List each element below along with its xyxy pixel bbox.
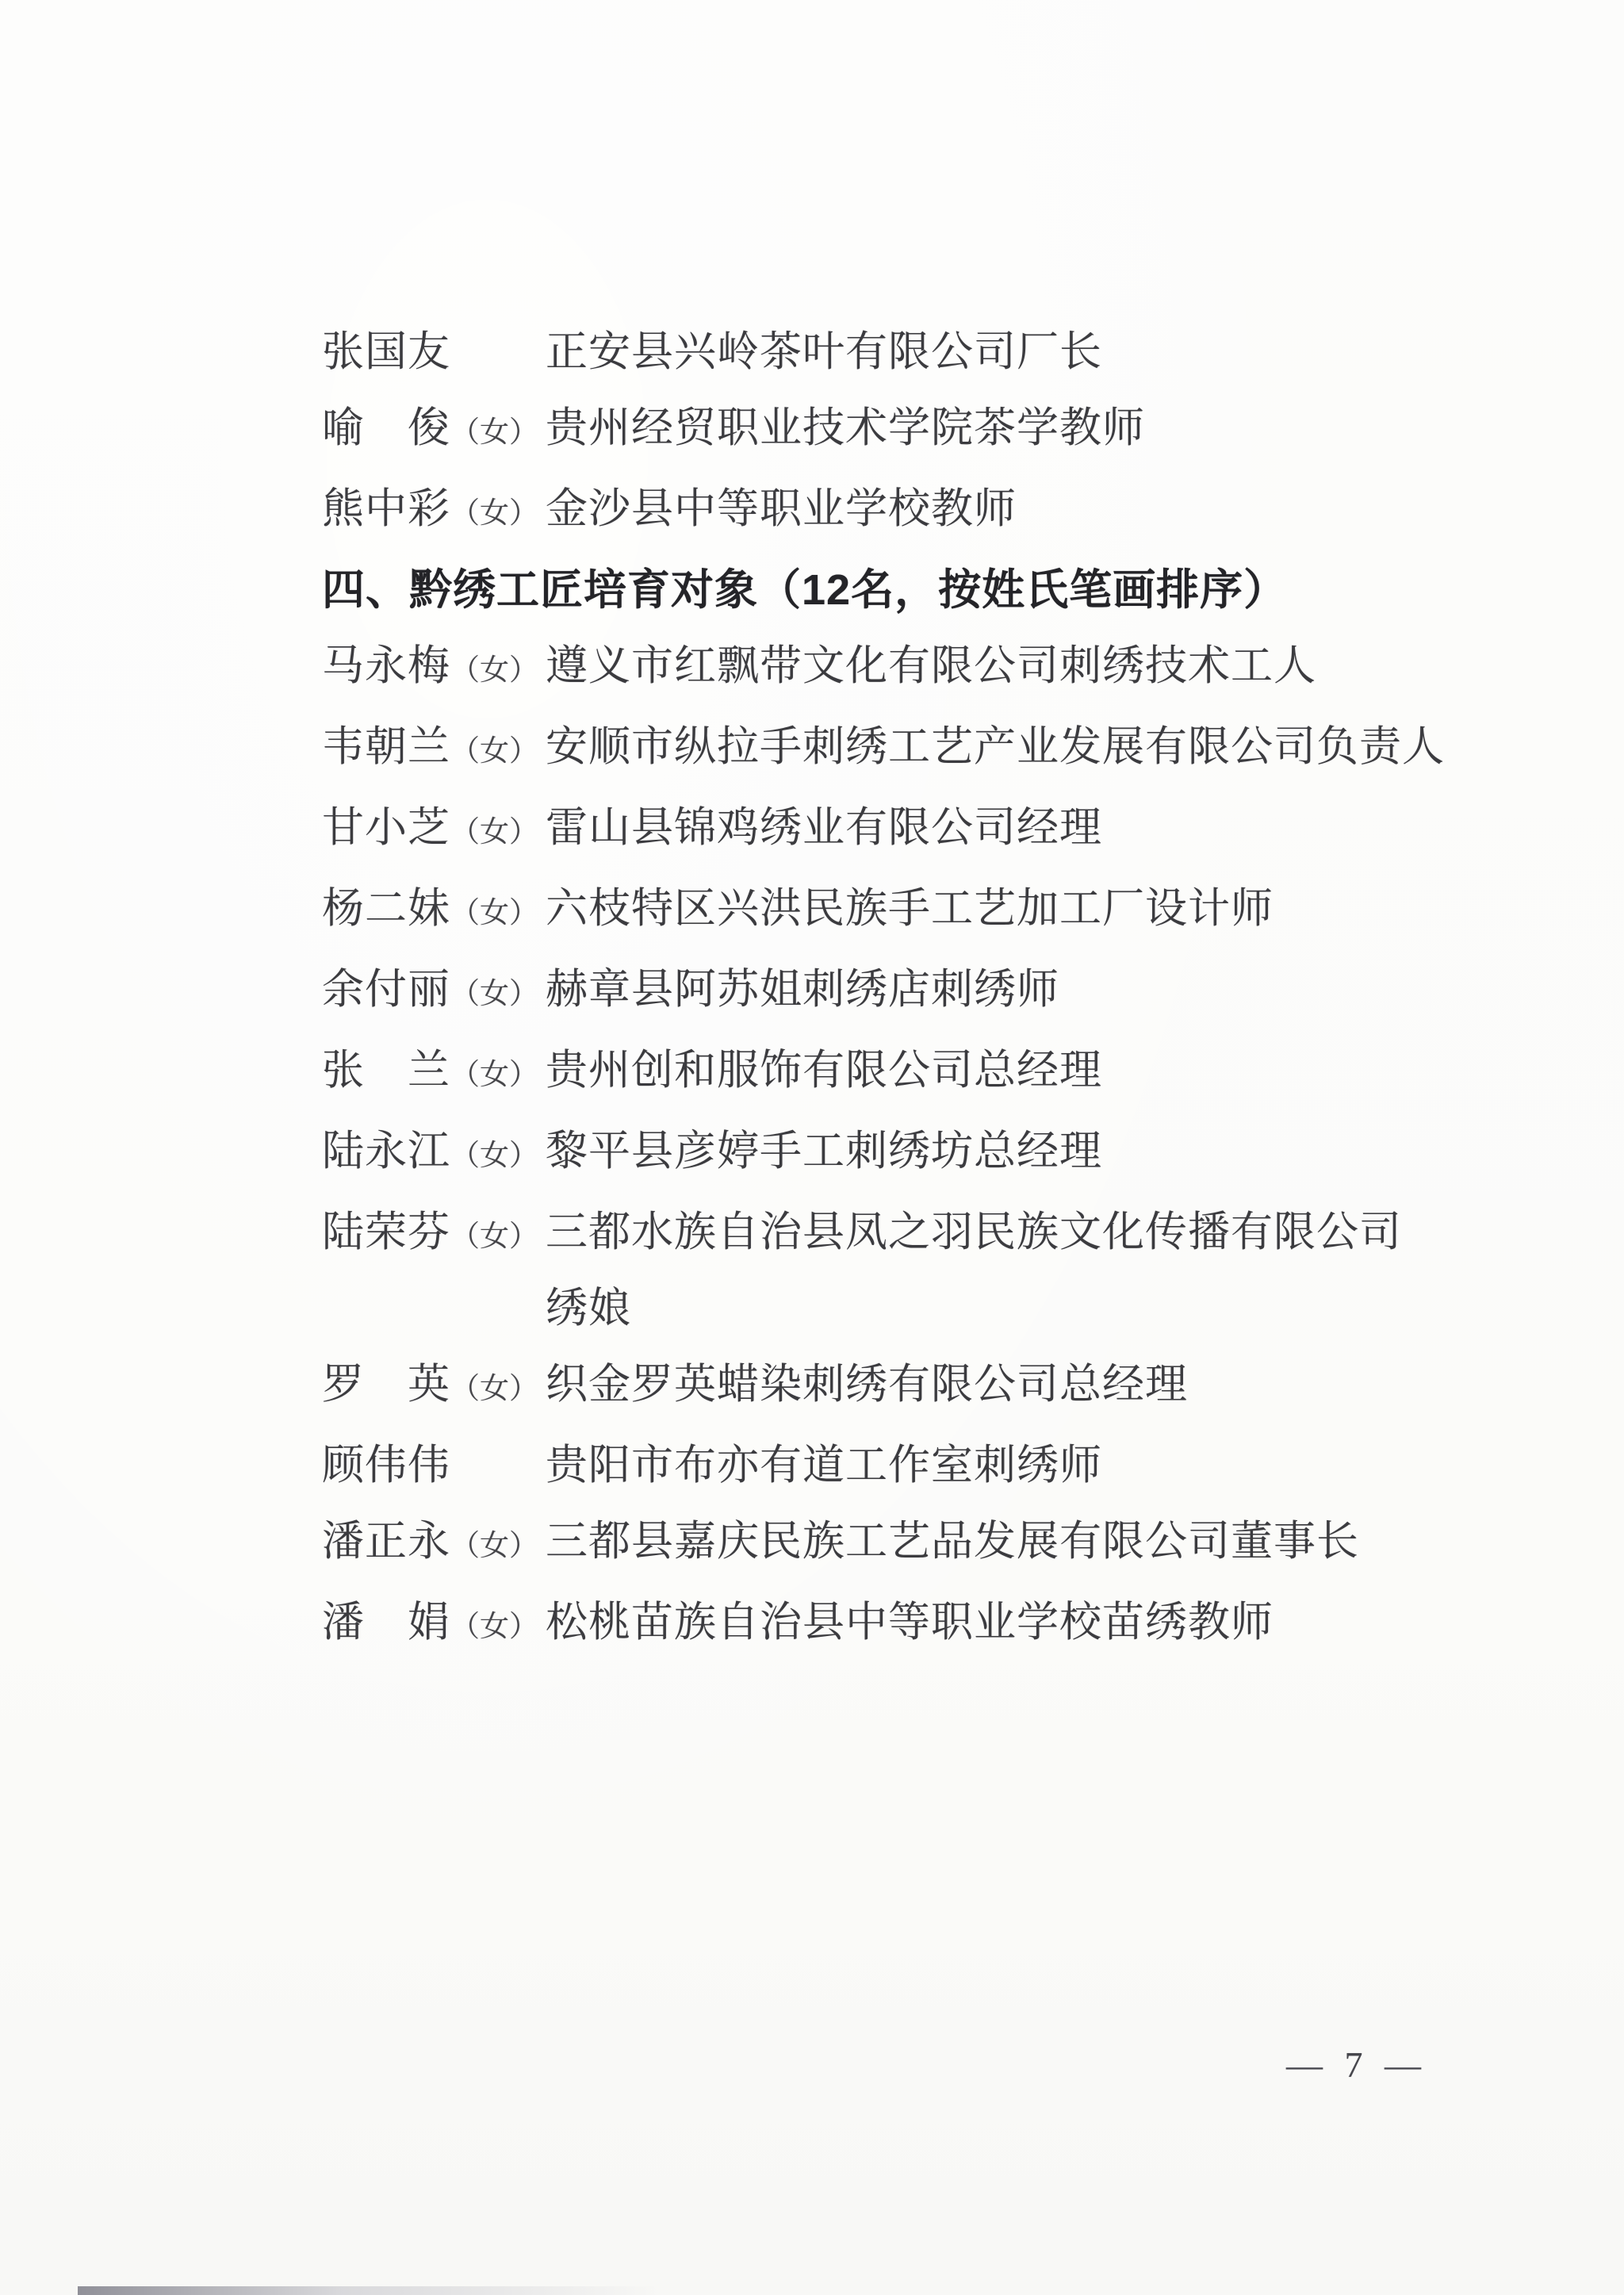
scan-artifact-bottom-edge — [78, 2286, 661, 2295]
person-name: 潘 娟 — [322, 1584, 450, 1661]
gender-mark: （女） — [450, 714, 546, 790]
page-number: — 7 — — [1286, 2041, 1427, 2089]
list-item: 马永梅 （女） 遵义市红飘带文化有限公司刺绣技术工人 — [322, 628, 1480, 709]
person-title: 贵阳市布亦有道工作室刺绣师 — [546, 1427, 1480, 1504]
person-name: 顾伟伟 — [322, 1427, 450, 1504]
gender-mark: （女） — [450, 956, 546, 1033]
list-item: 顾伟伟 贵阳市布亦有道工作室刺绣师 — [322, 1427, 1480, 1504]
person-name: 陆永江 — [322, 1113, 450, 1190]
person-title: 贵州创和服饰有限公司总经理 — [546, 1033, 1480, 1109]
gender-mark: （女） — [450, 1037, 546, 1113]
gender-mark: （女） — [450, 1589, 546, 1665]
list-item: 喻 俊 （女） 贵州经贸职业技术学院茶学教师 — [322, 390, 1480, 471]
person-title: 遵义市红飘带文化有限公司刺绣技术工人 — [546, 628, 1480, 704]
gender-mark: （女） — [450, 1199, 546, 1275]
person-name: 潘正永 — [322, 1504, 450, 1580]
gender-mark: （女） — [450, 1351, 546, 1427]
gender-mark: （女） — [450, 476, 546, 552]
qianxiu-craftsman-entries: 马永梅 （女） 遵义市红飘带文化有限公司刺绣技术工人 韦朝兰 （女） 安顺市纵拉… — [322, 628, 1480, 1665]
list-item: 潘正永 （女） 三都县嘉庆民族工艺品发展有限公司董事长 — [322, 1504, 1480, 1584]
person-title: 正安县兴岭茶叶有限公司厂长 — [546, 314, 1480, 390]
person-name: 张 兰 — [322, 1033, 450, 1109]
list-item: 余付丽 （女） 赫章县阿苏姐刺绣店刺绣师 — [322, 952, 1480, 1033]
person-title: 贵州经贸职业技术学院茶学教师 — [546, 390, 1480, 466]
person-name: 陆荣芬 — [322, 1194, 450, 1270]
person-name: 马永梅 — [322, 628, 450, 704]
person-title: 黎平县彦婷手工刺绣坊总经理 — [546, 1113, 1480, 1190]
list-item: 陆永江 （女） 黎平县彦婷手工刺绣坊总经理 — [322, 1113, 1480, 1194]
gender-mark: （女） — [450, 1508, 546, 1584]
gender-mark: （女） — [450, 795, 546, 871]
person-title: 赫章县阿苏姐刺绣店刺绣师 — [546, 952, 1480, 1028]
person-name: 喻 俊 — [322, 390, 450, 466]
list-item: 甘小芝 （女） 雷山县锦鸡绣业有限公司经理 — [322, 790, 1480, 871]
list-item: 杨二妹 （女） 六枝特区兴洪民族手工艺加工厂设计师 — [322, 871, 1480, 952]
person-name: 韦朝兰 — [322, 709, 450, 785]
person-title: 安顺市纵拉手刺绣工艺产业发展有限公司负责人 — [546, 709, 1480, 785]
person-name: 杨二妹 — [322, 871, 450, 947]
list-item: 熊中彩 （女） 金沙县中等职业学校教师 — [322, 471, 1480, 552]
list-item: 陆荣芬 （女） 三都水族自治县凤之羽民族文化传播有限公司 绣娘 — [322, 1194, 1480, 1347]
person-title: 三都水族自治县凤之羽民族文化传播有限公司 绣娘 — [546, 1194, 1480, 1347]
person-title: 松桃苗族自治县中等职业学校苗绣教师 — [546, 1584, 1480, 1661]
gender-mark: （女） — [450, 875, 546, 952]
gender-mark: （女） — [450, 395, 546, 471]
gender-mark: （女） — [450, 633, 546, 709]
section-heading-qianxiu-craftsman: 四、黔绣工匠培育对象（12名，按姓氏笔画排序） — [322, 552, 1480, 628]
list-item: 潘 娟 （女） 松桃苗族自治县中等职业学校苗绣教师 — [322, 1584, 1480, 1665]
document-body: 张国友 正安县兴岭茶叶有限公司厂长 喻 俊 （女） 贵州经贸职业技术学院茶学教师… — [322, 314, 1480, 1665]
person-name: 张国友 — [322, 314, 450, 390]
list-item: 罗 英 （女） 织金罗英蜡染刺绣有限公司总经理 — [322, 1347, 1480, 1427]
person-name: 罗 英 — [322, 1347, 450, 1423]
list-item: 韦朝兰 （女） 安顺市纵拉手刺绣工艺产业发展有限公司负责人 — [322, 709, 1480, 790]
person-name: 余付丽 — [322, 952, 450, 1028]
person-title: 雷山县锦鸡绣业有限公司经理 — [546, 790, 1480, 866]
tea-master-entries: 张国友 正安县兴岭茶叶有限公司厂长 喻 俊 （女） 贵州经贸职业技术学院茶学教师… — [322, 314, 1480, 552]
gender-mark: （女） — [450, 1118, 546, 1194]
list-item: 张 兰 （女） 贵州创和服饰有限公司总经理 — [322, 1033, 1480, 1113]
person-title: 织金罗英蜡染刺绣有限公司总经理 — [546, 1347, 1480, 1423]
person-title: 六枝特区兴洪民族手工艺加工厂设计师 — [546, 871, 1480, 947]
person-title: 三都县嘉庆民族工艺品发展有限公司董事长 — [546, 1504, 1480, 1580]
list-item: 张国友 正安县兴岭茶叶有限公司厂长 — [322, 314, 1480, 390]
person-name: 甘小芝 — [322, 790, 450, 866]
person-name: 熊中彩 — [322, 471, 450, 547]
person-title: 金沙县中等职业学校教师 — [546, 471, 1480, 547]
